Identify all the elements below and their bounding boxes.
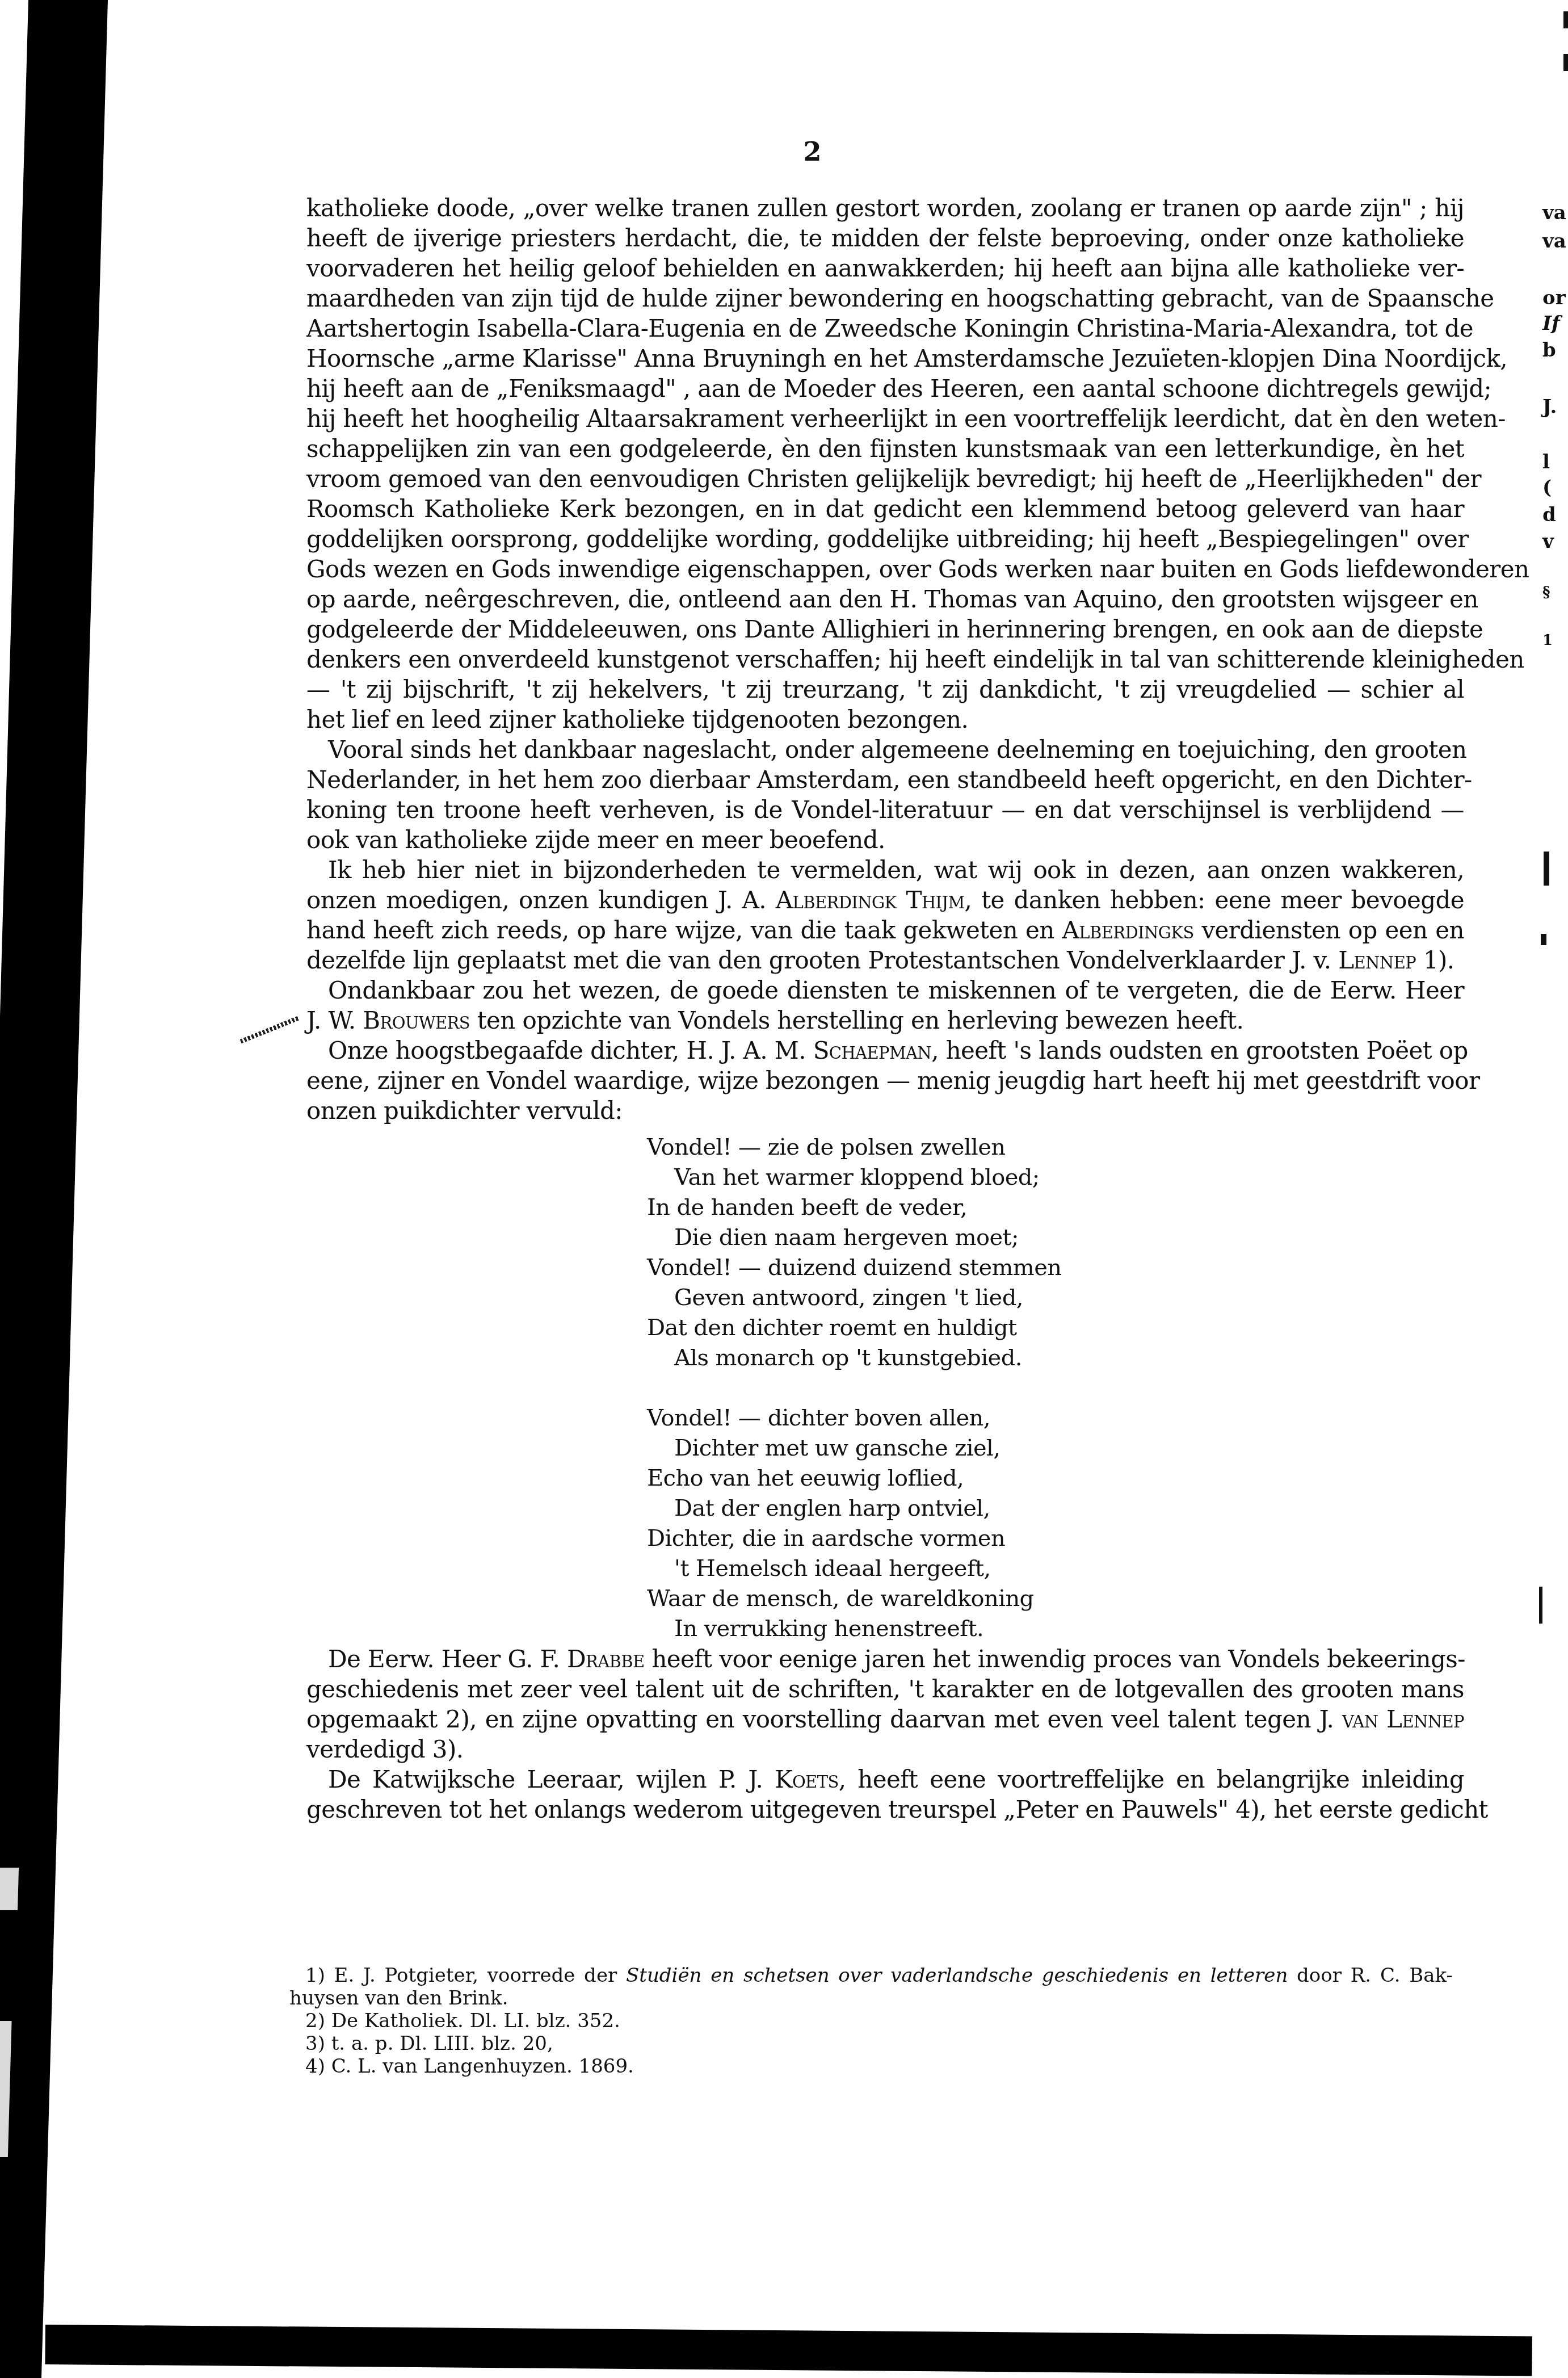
footnote-title: Studiën en schetsen over vaderlandsche g… <box>626 1964 1288 1987</box>
text-line: vroom gemoed van den eenvoudigen Christe… <box>306 464 1464 494</box>
text-line: het lief en leed zijner katholieke tijdg… <box>306 704 1464 735</box>
facing-page-fragment: d <box>1542 505 1556 525</box>
poem-line: Vondel! — dichter boven allen, <box>647 1403 1464 1433</box>
author-name: Lennep <box>1338 946 1416 974</box>
facing-page-fragment: v <box>1542 532 1554 551</box>
paragraph-alberdingk-thijm: Ik heb hier niet in bijzonderheden te ve… <box>306 855 1464 975</box>
footnote-1-continuation: huysen van den Brink. <box>289 1987 1453 2010</box>
footnote-4: 4) C. L. van Langenhuyzen. 1869. <box>289 2055 1453 2078</box>
poem-line: Dichter, die in aardsche vormen <box>647 1524 1464 1554</box>
text-line: Ik heb hier niet in bijzonderheden te ve… <box>306 855 1464 885</box>
scan-binding-shadow <box>0 0 108 2378</box>
text-line: koning ten troone heeft verheven, is de … <box>306 795 1464 825</box>
text-line: Roomsch Katholieke Kerk bezongen, en in … <box>306 494 1464 524</box>
text-line: schappelijken zin van een godgeleerde, è… <box>306 434 1464 464</box>
poem-line: Vondel! — zie de polsen zwellen <box>647 1133 1464 1163</box>
page-number: 2 <box>0 136 1568 167</box>
text-line: dezelfde lijn geplaatst met die van den … <box>306 945 1464 975</box>
text-line: maardheden van zijn tijd de hulde zijner… <box>306 283 1464 313</box>
facing-page-fragment: If <box>1542 314 1560 333</box>
poem-line: Geven antwoord, zingen 't lied, <box>647 1283 1464 1313</box>
paragraph-drabbe: De Eerw. Heer G. F. Drabbe heeft voor ee… <box>306 1644 1464 1764</box>
author-name: Drabbe <box>567 1645 645 1673</box>
text-line: voorvaderen het heilig geloof behielden … <box>306 253 1464 283</box>
poem-line: Waar de mensch, de wareldkoning <box>647 1584 1464 1614</box>
poem-line: Als monarch op 't kunstgebied. <box>647 1343 1464 1373</box>
poem-stanza: Vondel! — dichter boven allen, Dichter m… <box>647 1403 1464 1644</box>
poem-block: Vondel! — zie de polsen zwellen Van het … <box>647 1133 1464 1644</box>
text-line: hij heeft het hoogheilig Altaarsakrament… <box>306 404 1464 434</box>
scan-paper-tab <box>0 2021 12 2157</box>
facing-page-fragment: § <box>1542 585 1550 599</box>
poem-line: Echo van het eeuwig loflied, <box>647 1463 1464 1494</box>
author-name: van Lennep <box>1342 1705 1464 1733</box>
author-name: Alberdingks <box>1062 916 1194 944</box>
author-name: Alberdingk Thijm <box>776 886 965 914</box>
scan-smudge <box>1563 11 1568 28</box>
poem-line: In verrukking henenstreeft. <box>647 1614 1464 1644</box>
text-line: op aarde, neêrgeschreven, die, ontleend … <box>306 584 1464 614</box>
facing-page-fragment: va <box>1542 232 1566 251</box>
text-line: heeft de ijverige priesters herdacht, di… <box>306 223 1464 253</box>
paragraph-schaepman: Onze hoogstbegaafde dichter, H. J. A. M.… <box>306 1035 1464 1126</box>
poem-line: Dat der englen harp ontviel, <box>647 1494 1464 1524</box>
text-line: onzen puikdichter vervuld: <box>306 1096 1464 1126</box>
scan-smudge <box>1563 54 1568 71</box>
text-line: geschiedenis met zeer veel talent uit de… <box>306 1674 1464 1704</box>
text-line: Hoornsche „arme Klarisse" Anna Bruyningh… <box>306 343 1464 374</box>
text-line: godgeleerde der Middeleeuwen, ons Dante … <box>306 614 1464 644</box>
text-line: opgemaakt 2), en zijne opvatting en voor… <box>306 1704 1464 1734</box>
poem-line: 't Hemelsch ideaal hergeeft, <box>647 1554 1464 1584</box>
poem-line: In de handen beeft de veder, <box>647 1193 1464 1223</box>
margin-annotation-mark <box>240 1016 300 1044</box>
facing-page-fragment: b <box>1542 341 1556 360</box>
text-line: ook van katholieke zijde meer en meer be… <box>306 825 1464 855</box>
author-name: Koets <box>775 1765 839 1793</box>
text-line: goddelijken oorsprong, goddelijke wordin… <box>306 524 1464 554</box>
paragraph-vondel-literature: Vooral sinds het dankbaar nageslacht, on… <box>306 735 1464 855</box>
facing-page-fragment: 1 <box>1542 633 1553 648</box>
paragraph-koets: De Katwijksche Leeraar, wijlen P. J. Koe… <box>306 1764 1464 1825</box>
text-line: De Katwijksche Leeraar, wijlen P. J. Koe… <box>306 1764 1464 1794</box>
poem-line: Vondel! — duizend duizend stemmen <box>647 1253 1464 1283</box>
scan-smudge <box>1539 1587 1542 1624</box>
text-line: eene, zijner en Vondel waardige, wijze b… <box>306 1066 1464 1096</box>
paragraph-continuation: katholieke doode, „over welke tranen zul… <box>306 193 1464 735</box>
poem-line: Die dien naam hergeven moet; <box>647 1223 1464 1253</box>
text-line: verdedigd 3). <box>306 1734 1464 1764</box>
page-body: katholieke doode, „over welke tranen zul… <box>306 193 1464 1825</box>
facing-page-fragment: J. <box>1542 397 1557 417</box>
facing-page-fragment: va <box>1542 203 1566 223</box>
facing-page-fragment: ( <box>1542 478 1552 497</box>
poem-stanza: Vondel! — zie de polsen zwellen Van het … <box>647 1133 1464 1373</box>
scan-paper-tab <box>0 1868 19 1910</box>
text-line: — 't zij bijschrift, 't zij hekelvers, '… <box>306 674 1464 704</box>
text-line: Nederlander, in het hem zoo dierbaar Ams… <box>306 765 1464 795</box>
footnote-1: 1) E. J. Potgieter, voorrede der Studiën… <box>289 1964 1453 1987</box>
poem-line: Van het warmer kloppend bloed; <box>647 1163 1464 1193</box>
scan-smudge <box>1544 852 1549 886</box>
footnote-2: 2) De Katholiek. Dl. LI. blz. 352. <box>289 2010 1453 2032</box>
text-line: hand heeft zich reeds, op hare wijze, va… <box>306 915 1464 945</box>
facing-page-fragment: l <box>1542 452 1550 472</box>
text-line: Vooral sinds het dankbaar nageslacht, on… <box>306 735 1464 765</box>
text-line: J. W. Brouwers ten opzichte van Vondels … <box>306 1005 1464 1035</box>
footnote-3: 3) t. a. p. Dl. LIII. blz. 20, <box>289 2032 1453 2055</box>
text-line: geschreven tot het onlangs wederom uitge… <box>306 1794 1464 1825</box>
text-line: De Eerw. Heer G. F. Drabbe heeft voor ee… <box>306 1644 1464 1674</box>
paragraph-brouwers: Ondankbaar zou het wezen, de goede diens… <box>306 975 1464 1035</box>
text-line: hij heeft aan de „Feniksmaagd" , aan de … <box>306 374 1464 404</box>
text-line: onzen moedigen, onzen kundigen J. A. Alb… <box>306 885 1464 915</box>
scan-smudge <box>1541 934 1546 945</box>
text-line: katholieke doode, „over welke tranen zul… <box>306 193 1464 223</box>
poem-line: Dichter met uw gansche ziel, <box>647 1433 1464 1463</box>
text-line: Onze hoogstbegaafde dichter, H. J. A. M.… <box>306 1035 1464 1066</box>
text-line: Gods wezen en Gods inwendige eigenschapp… <box>306 554 1464 584</box>
text-line: denkers een onverdeeld kunstgenot versch… <box>306 644 1464 674</box>
footnotes: 1) E. J. Potgieter, voorrede der Studiën… <box>289 1964 1453 2078</box>
text-line: Ondankbaar zou het wezen, de goede diens… <box>306 975 1464 1005</box>
scan-bottom-edge <box>45 2325 1532 2376</box>
author-name: Schaepman <box>813 1037 932 1064</box>
text-line: Aartshertogin Isabella-Clara-Eugenia en … <box>306 313 1464 343</box>
poem-line: Dat den dichter roemt en huldigt <box>647 1313 1464 1343</box>
author-name: Brouwers <box>363 1006 470 1034</box>
facing-page-fragment: or <box>1542 288 1566 308</box>
